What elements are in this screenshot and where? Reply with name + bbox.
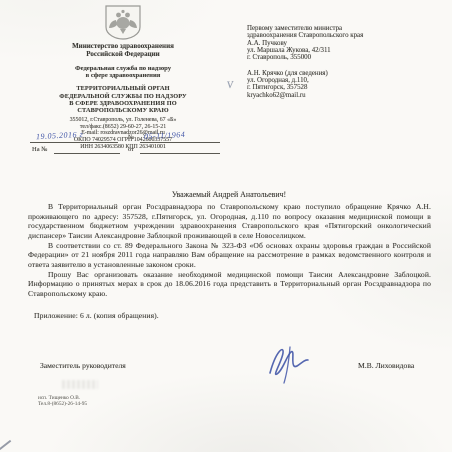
signer-name: М.В. Лиховидова: [358, 361, 414, 370]
number-label: №: [128, 134, 134, 141]
territorial-org-name: ТЕРРИТОРИАЛЬНЫЙ ОРГАН ФЕДЕРАЛЬНОЙ СЛУЖБЫ…: [26, 85, 220, 114]
handwritten-signature: [260, 343, 324, 385]
scanned-letter-page: Министерство здравоохранения Российской …: [0, 0, 452, 452]
executor-info: исп. Тищенко О.В. Тел.8-(8652)-26-14-95: [38, 395, 87, 408]
paragraph-3: Прошу Вас организовать оказание необходи…: [28, 270, 431, 299]
double-headed-eagle-emblem-icon: [102, 5, 144, 41]
number-underline: [140, 142, 220, 143]
paragraph-2: В соответствии со ст. 89 Федерального За…: [28, 241, 431, 270]
reference-underline: [54, 153, 120, 154]
margin-checkmark: V: [227, 82, 234, 90]
letterhead: Министерство здравоохранения Российской …: [26, 5, 220, 151]
addressee-block: V Первому заместителю министра здравоохр…: [247, 25, 449, 99]
addressee-secondary: А.Н. Крячко (для сведения) ул. Огородная…: [247, 70, 449, 99]
addressee-primary: Первому заместителю министра здравоохран…: [247, 25, 449, 62]
letter-body: В Территориальный орган Росздравнадзора …: [28, 202, 431, 320]
salutation: Уважаемый Андрей Анатольевич!: [28, 190, 430, 199]
reference-row: На № от: [28, 144, 222, 156]
reference-from-underline: [140, 153, 220, 154]
federal-service-name: Федеральная служба по надзору в сфере зд…: [26, 65, 220, 80]
handwritten-date: 19.05.2016 г: [36, 130, 84, 141]
handwritten-number: 05-11/1964: [144, 130, 186, 141]
reference-label: На №: [32, 146, 47, 153]
attachment-note: Приложение: 6 л. (копия обращения).: [28, 311, 431, 321]
reference-from-label: от: [128, 146, 134, 153]
date-underline: [30, 142, 118, 143]
ministry-name: Министерство здравоохранения Российской …: [26, 43, 220, 59]
faint-stamp-artifact: [62, 380, 98, 389]
signer-position: Заместитель руководителя: [40, 361, 126, 370]
paragraph-1: В Территориальный орган Росздравнадзора …: [28, 202, 431, 241]
corner-scan-artifact: [0, 440, 11, 450]
